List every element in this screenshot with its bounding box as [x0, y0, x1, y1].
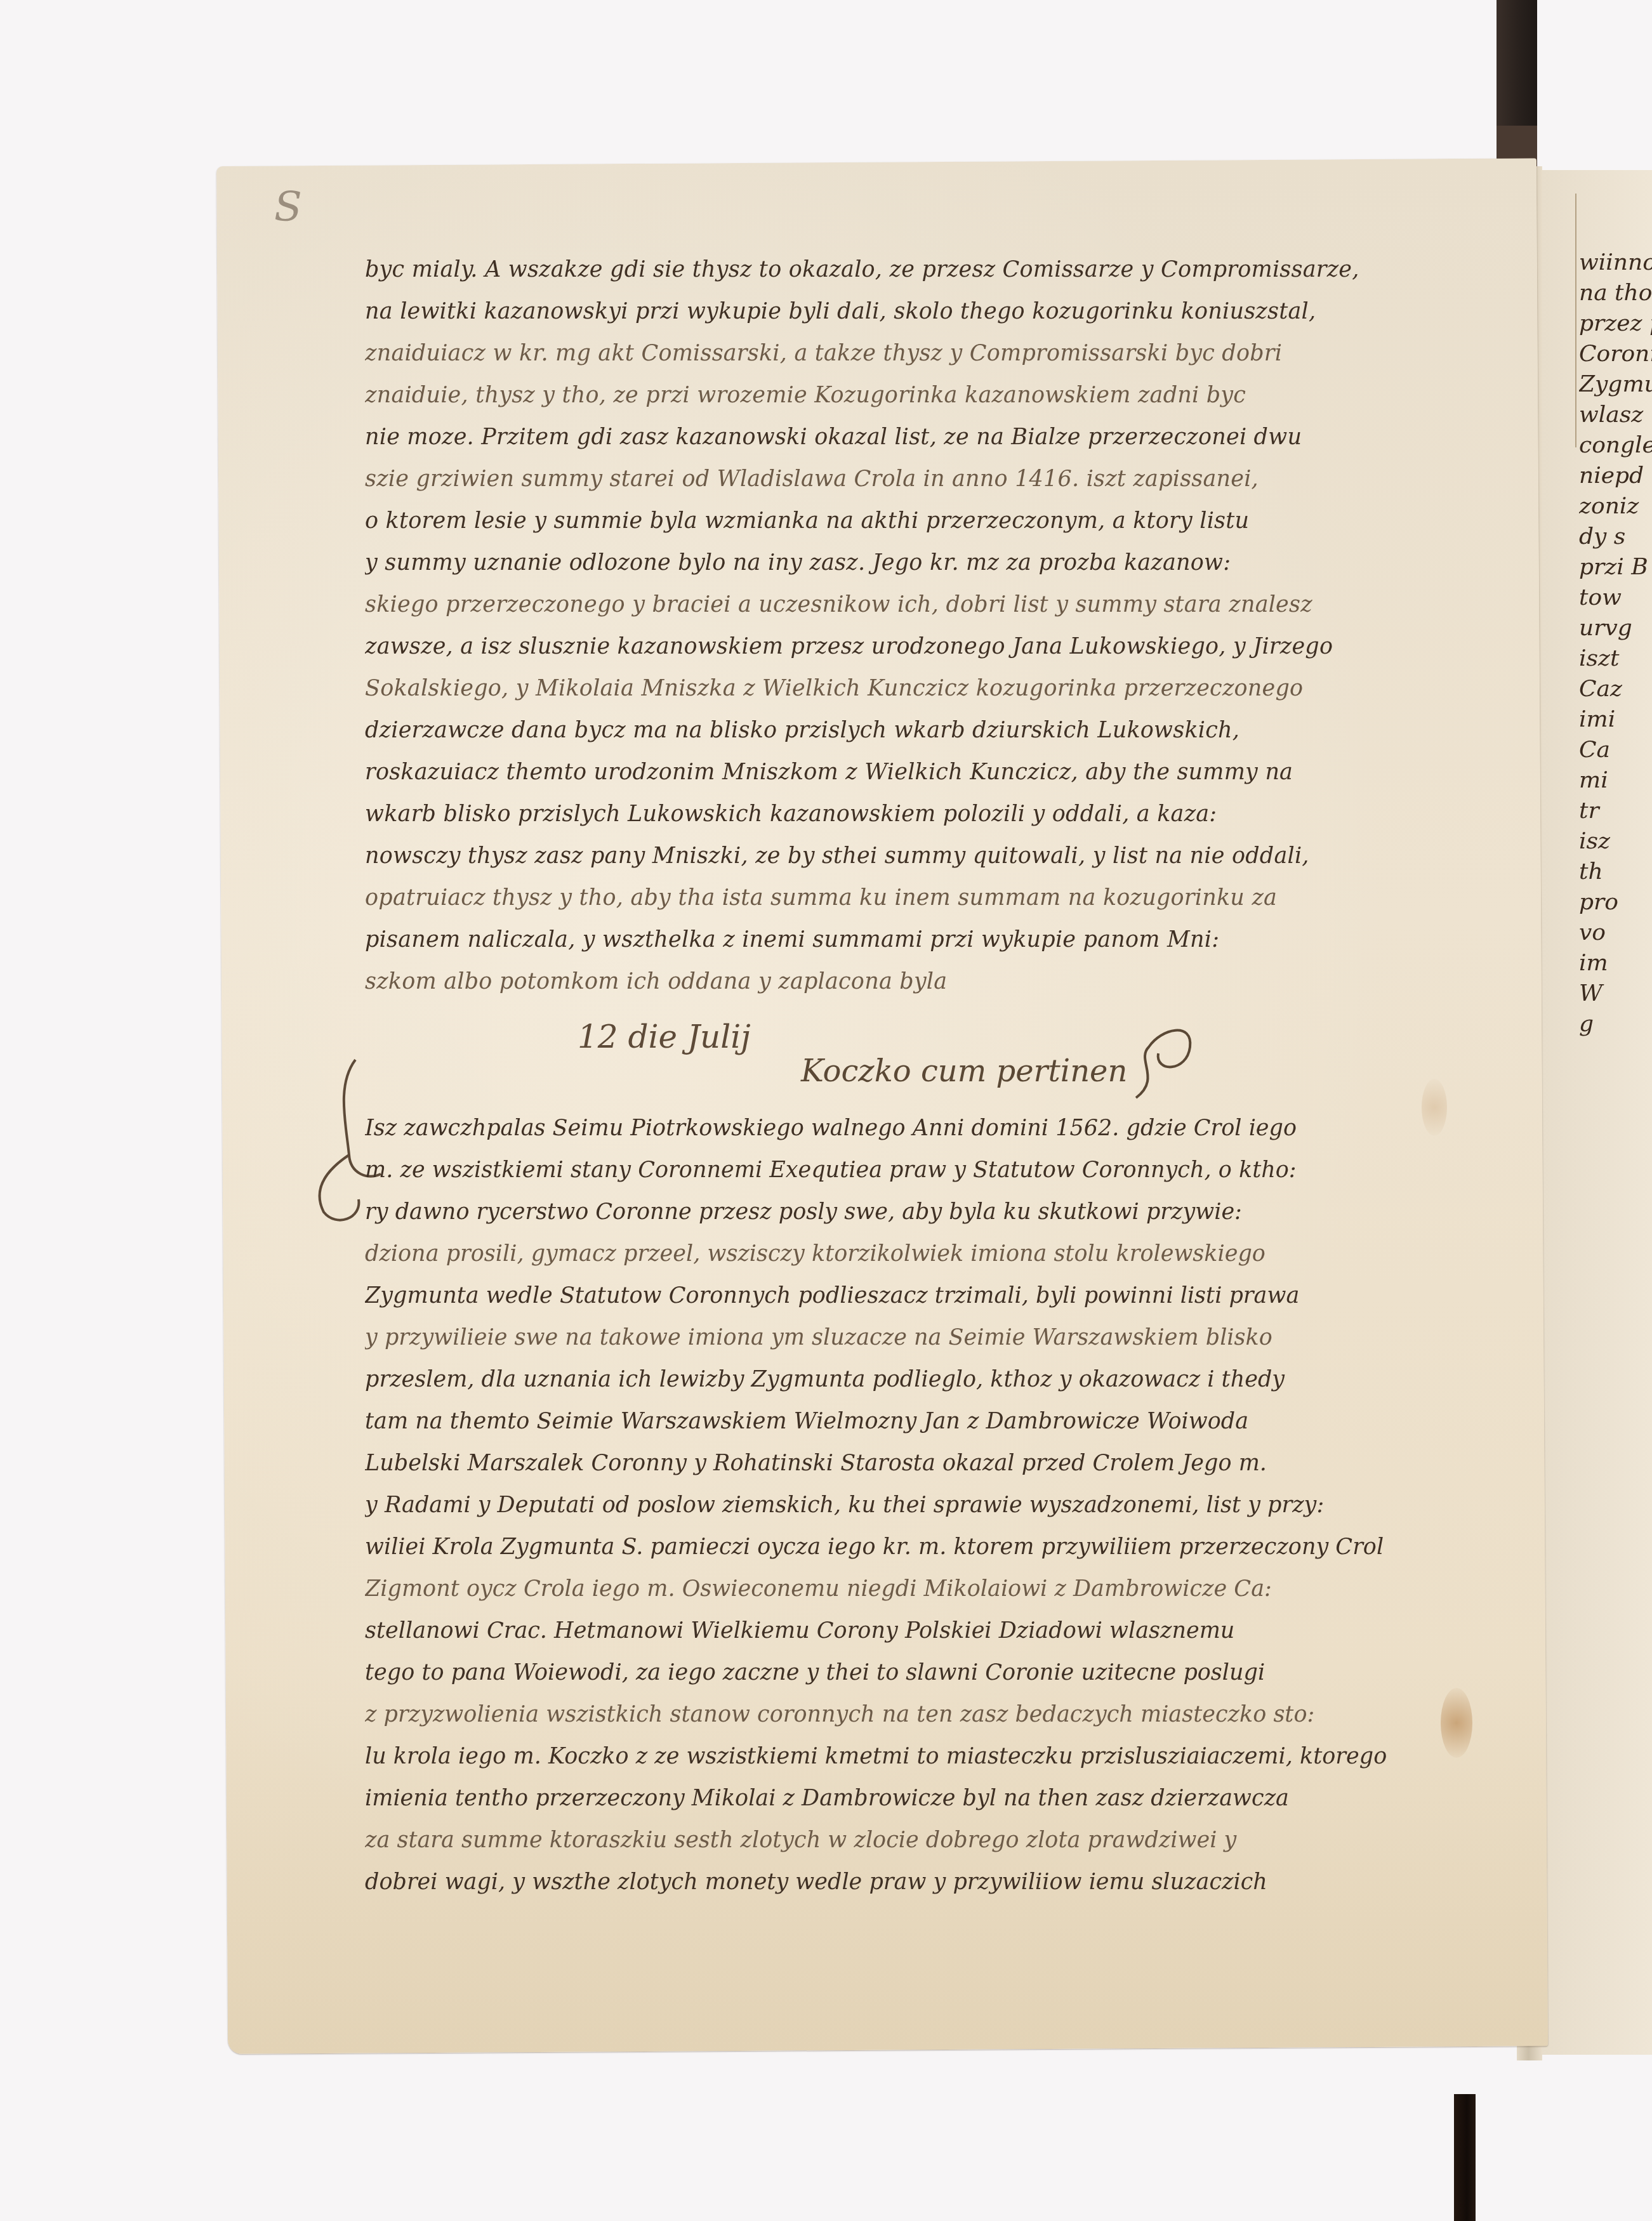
facing-line: przi B [1579, 552, 1652, 583]
facing-line: niepd [1579, 461, 1652, 491]
facing-page-margin-rule [1575, 194, 1576, 447]
text-line: na lewitki kazanowskyi przi wykupie byli… [365, 291, 1457, 333]
text-line: za stara summe ktoraszkiu sesth zlotych … [365, 1819, 1457, 1861]
text-line: znaiduiacz w kr. mg akt Comissarski, a t… [365, 333, 1457, 374]
binding-spine-top [1497, 0, 1537, 170]
facing-line: przez p [1579, 308, 1652, 339]
heading-flourish-icon [1123, 1003, 1199, 1104]
text-line: tego to pana Woiewodi, za iego zaczne y … [365, 1652, 1457, 1694]
text-line: nie moze. Przitem gdi zasz kazanowski ok… [365, 416, 1457, 458]
text-line: stellanowi Crac. Hetmanowi Wielkiemu Cor… [365, 1610, 1457, 1652]
text-line: o ktorem lesie y summie byla wzmianka na… [365, 500, 1457, 542]
binding-spine-bottom [1454, 2094, 1476, 2221]
facing-line: wiinno [1579, 247, 1652, 278]
facing-line: isz [1579, 826, 1652, 857]
text-line: Isz zawczhpalas Seimu Piotrkowskiego wal… [365, 1107, 1457, 1149]
text-line: dobrei wagi, y wszthe zlotych monety wed… [365, 1861, 1457, 1903]
facing-line: congle [1579, 430, 1652, 461]
facing-page-text: wiinno na tho przez p Coronn Zygmun wlas… [1579, 247, 1652, 1039]
text-line: byc mialy. A wszakze gdi sie thysz to ok… [365, 249, 1457, 291]
text-line: Zigmont oycz Crola iego m. Oswieconemu n… [365, 1568, 1457, 1610]
text-line: z przyzwolienia wszistkich stanow coronn… [365, 1694, 1457, 1736]
text-line: zawsze, a isz slusznie kazanowskiem prze… [365, 626, 1457, 668]
main-text-block: byc mialy. A wszakze gdi sie thysz to ok… [365, 249, 1457, 1003]
text-line: m. ze wszistkiemi stany Coronnemi Exequt… [365, 1149, 1457, 1191]
text-line: lu krola iego m. Koczko z ze wszistkiemi… [365, 1736, 1457, 1777]
facing-line: Zygmun [1579, 369, 1652, 400]
text-line: y summy uznanie odlozone bylo na iny zas… [365, 542, 1457, 584]
facing-line: W [1579, 979, 1652, 1009]
facing-line: dy s [1579, 522, 1652, 552]
text-line: ry dawno rycerstwo Coronne przesz posly … [365, 1191, 1457, 1233]
facing-line: pro [1579, 887, 1652, 918]
text-line: y Radami y Deputati od poslow ziemskich,… [365, 1484, 1457, 1526]
text-line: roskazuiacz themto urodzonim Mniszkom z … [365, 751, 1457, 793]
text-line: przeslem, dla uznania ich lewizby Zygmun… [365, 1359, 1457, 1400]
text-line: szie grziwien summy starei od Wladislawa… [365, 458, 1457, 500]
subject-heading: Koczko cum pertinen [801, 1053, 1127, 1089]
text-line: opatruiacz thysz y tho, aby tha ista sum… [365, 877, 1457, 919]
text-line: znaiduie, thysz y tho, ze przi wrozemie … [365, 374, 1457, 416]
facing-line: im [1579, 948, 1652, 979]
facing-line: zoniz [1579, 491, 1652, 522]
facing-line: iszt [1579, 643, 1652, 674]
text-line: imienia tentho przerzeczony Mikolai z Da… [365, 1777, 1457, 1819]
facing-line: vo [1579, 918, 1652, 948]
facing-line: imi [1579, 704, 1652, 735]
text-line: szkom albo potomkom ich oddana y zaplaco… [365, 961, 1457, 1003]
facing-line: Coronn [1579, 339, 1652, 369]
text-line: wkarb blisko przislych Lukowskich kazano… [365, 793, 1457, 835]
text-line: skiego przerzeczonego y braciei a uczesn… [365, 584, 1457, 626]
facing-line: mi [1579, 765, 1652, 796]
text-line: Zygmunta wedle Statutow Coronnych podlie… [365, 1275, 1457, 1317]
facing-line: tr [1579, 796, 1652, 826]
text-line: y przywilieie swe na takowe imiona ym sl… [365, 1317, 1457, 1359]
facing-line: wlasz [1579, 400, 1652, 430]
facing-line: tow [1579, 583, 1652, 613]
date-heading: 12 die Julij [578, 1018, 751, 1055]
facing-line: Ca [1579, 735, 1652, 765]
text-line: pisanem naliczala, y wszthelka z inemi s… [365, 919, 1457, 961]
facing-line: na tho [1579, 278, 1652, 308]
text-line: tam na themto Seimie Warszawskiem Wielmo… [365, 1400, 1457, 1442]
text-line: Lubelski Marszalek Coronny y Rohatinski … [365, 1442, 1457, 1484]
folio-mark: S [274, 184, 302, 231]
facing-line: urvg [1579, 613, 1652, 643]
text-line: Sokalskiego, y Mikolaia Mniszka z Wielki… [365, 668, 1457, 709]
facing-line: Caz [1579, 674, 1652, 704]
text-line: wiliei Krola Zygmunta S. pamieczi oycza … [365, 1526, 1457, 1568]
text-line: dziona prosili, gymacz przeel, wszisczy … [365, 1233, 1457, 1275]
facing-line: th [1579, 857, 1652, 887]
section-text-block: Isz zawczhpalas Seimu Piotrkowskiego wal… [365, 1107, 1457, 1903]
facing-line: g [1579, 1009, 1652, 1039]
text-line: nowsczy thysz zasz pany Mniszki, ze by s… [365, 835, 1457, 877]
text-line: dzierzawcze dana bycz ma na blisko przis… [365, 709, 1457, 751]
